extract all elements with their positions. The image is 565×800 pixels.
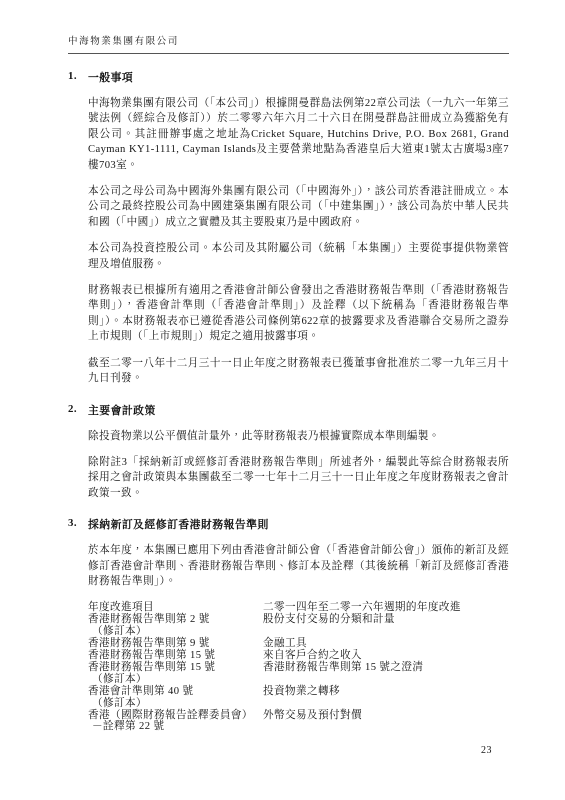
- standard-name-line: 年度改進項目: [88, 602, 263, 614]
- standard-name-line: （修訂本）: [88, 626, 263, 638]
- section-heading: 1. 一般事項: [68, 70, 509, 85]
- standard-name-line: －詮釋第 22 號: [88, 721, 263, 733]
- standards-table-row: 香港會計準則第 40 號 （修訂本） 投資物業之轉移: [88, 686, 509, 710]
- standards-table-row: 香港財務報告準則第 15 號 （修訂本） 香港財務報告準則第 15 號之澄清: [88, 662, 509, 686]
- section-body: 中海物業集團有限公司（「本公司」）根據開曼群島法例第22章公司法（一九六一年第三…: [68, 96, 509, 387]
- standard-name: 香港財務報告準則第 15 號 （修訂本）: [88, 662, 263, 686]
- standard-name: 年度改進項目: [88, 602, 263, 614]
- paragraph: 本公司為投資控股公司。本公司及其附屬公司（統稱「本集團」）主要從事提供物業管理及…: [88, 241, 509, 272]
- paragraph: 財務報表已根據所有適用之香港會計師公會發出之香港財務報告準則（「香港財務報告準則…: [88, 283, 509, 345]
- standard-name-line: 香港財務報告準則第 9 號: [88, 638, 263, 650]
- paragraph: 除附註3「採納新訂或經修訂香港財務報告準則」所述者外，編製此等綜合財務報表所採用…: [88, 455, 509, 501]
- section-number: 1.: [68, 70, 88, 85]
- section-number: 3.: [68, 517, 88, 532]
- standard-description: 香港財務報告準則第 15 號之澄清: [263, 662, 509, 686]
- standard-name-line: （修訂本）: [88, 698, 263, 710]
- section-body: 除投資物業以公平價值計量外，此等財務報表乃根據實際成本準則編製。 除附註3「採納…: [68, 429, 509, 502]
- standard-name: 香港（國際財務報告詮釋委員會） －詮釋第 22 號: [88, 710, 263, 734]
- paragraph: 截至二零一八年十二月三十一日止年度之財務報表已獲董事會批准於二零一九年三月十九日…: [88, 356, 509, 387]
- page-number: 23: [481, 745, 492, 756]
- standard-name: 香港財務報告準則第 9 號: [88, 638, 263, 650]
- standards-table: 年度改進項目 二零一四年至二零一六年週期的年度改進 香港財務報告準則第 2 號 …: [88, 602, 509, 733]
- standard-description: 來自客戶合約之收入: [263, 650, 509, 662]
- section-general-matters: 1. 一般事項 中海物業集團有限公司（「本公司」）根據開曼群島法例第22章公司法…: [68, 70, 509, 387]
- section-heading: 2. 主要會計政策: [68, 403, 509, 418]
- standard-name: 香港財務報告準則第 2 號 （修訂本）: [88, 614, 263, 638]
- company-name-header: 中海物業集團有限公司: [68, 33, 509, 54]
- section-new-standards: 3. 採納新訂及經修訂香港財務報告準則 於本年度，本集團已應用下列由香港會計師公…: [68, 517, 509, 733]
- standard-description: 投資物業之轉移: [263, 686, 509, 710]
- standards-table-row: 年度改進項目 二零一四年至二零一六年週期的年度改進: [88, 602, 509, 614]
- standard-description: 外幣交易及預付對價: [263, 710, 509, 734]
- standard-name: 香港財務報告準則第 15 號: [88, 650, 263, 662]
- section-title: 主要會計政策: [88, 403, 509, 418]
- standards-table-row: 香港財務報告準則第 9 號 金融工具: [88, 638, 509, 650]
- standard-name-line: （修訂本）: [88, 674, 263, 686]
- page-content: 中海物業集團有限公司 1. 一般事項 中海物業集團有限公司（「本公司」）根據開曼…: [68, 33, 509, 733]
- standard-description: 二零一四年至二零一六年週期的年度改進: [263, 602, 509, 614]
- standards-table-row: 香港（國際財務報告詮釋委員會） －詮釋第 22 號 外幣交易及預付對價: [88, 710, 509, 734]
- standard-name-line: 香港財務報告準則第 15 號: [88, 662, 263, 674]
- standard-name-line: 香港財務報告準則第 2 號: [88, 614, 263, 626]
- section-body: 於本年度，本集團已應用下列由香港會計師公會（「香港會計師公會」）頒佈的新訂及經修…: [68, 543, 509, 589]
- standard-description: 股份支付交易的分類和計量: [263, 614, 509, 638]
- document-page: 中海物業集團有限公司 1. 一般事項 中海物業集團有限公司（「本公司」）根據開曼…: [0, 0, 565, 800]
- standard-name: 香港會計準則第 40 號 （修訂本）: [88, 686, 263, 710]
- paragraph: 中海物業集團有限公司（「本公司」）根據開曼群島法例第22章公司法（一九六一年第三…: [88, 96, 509, 173]
- section-title: 採納新訂及經修訂香港財務報告準則: [88, 517, 509, 532]
- standard-name-line: 香港（國際財務報告詮釋委員會）: [88, 710, 263, 722]
- paragraph: 於本年度，本集團已應用下列由香港會計師公會（「香港會計師公會」）頒佈的新訂及經修…: [88, 543, 509, 589]
- standards-table-row: 香港財務報告準則第 2 號 （修訂本） 股份支付交易的分類和計量: [88, 614, 509, 638]
- section-number: 2.: [68, 403, 88, 418]
- section-title: 一般事項: [88, 70, 509, 85]
- section-accounting-policies: 2. 主要會計政策 除投資物業以公平價值計量外，此等財務報表乃根據實際成本準則編…: [68, 403, 509, 502]
- standards-table-row: 香港財務報告準則第 15 號 來自客戶合約之收入: [88, 650, 509, 662]
- standard-description: 金融工具: [263, 638, 509, 650]
- standard-name-line: 香港財務報告準則第 15 號: [88, 650, 263, 662]
- standard-name-line: 香港會計準則第 40 號: [88, 686, 263, 698]
- paragraph: 本公司之母公司為中國海外集團有限公司（「中國海外」），該公司於香港註冊成立。本公…: [88, 184, 509, 230]
- section-heading: 3. 採納新訂及經修訂香港財務報告準則: [68, 517, 509, 532]
- paragraph: 除投資物業以公平價值計量外，此等財務報表乃根據實際成本準則編製。: [88, 429, 509, 444]
